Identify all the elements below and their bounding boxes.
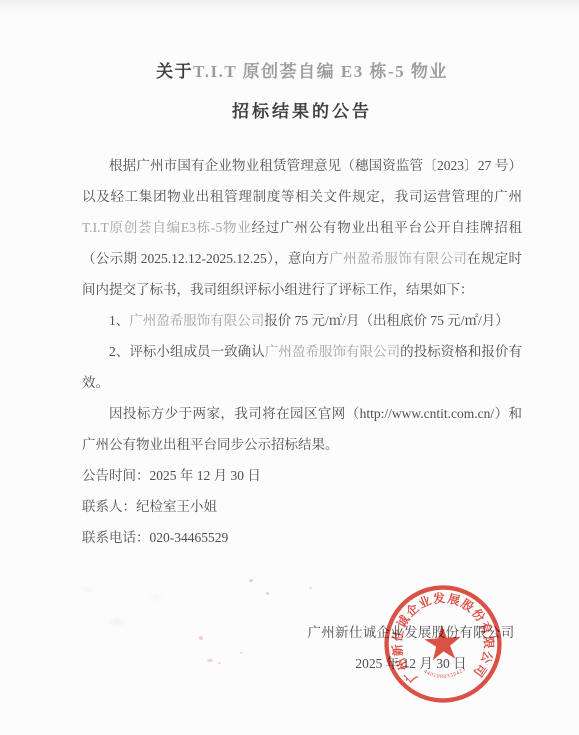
bidder-company-name: 广州盈希服饰有限公司 — [265, 344, 400, 359]
ink-speck — [249, 579, 253, 582]
pencil-smudge — [110, 620, 124, 624]
document-body: 根据广州市国有企业物业租赁管理意见（穗国资监管〔2023〕27 号）以及轻工集团… — [82, 150, 522, 553]
pencil-smudge — [150, 596, 162, 599]
ink-speck — [266, 592, 269, 595]
title-property-name: T.I.T 原创荟自编 E3 栋-5 物业 — [193, 62, 448, 81]
company-seal-stamp: 广州新仕诚企业发展股份有限公司 4401080338423 — [377, 578, 509, 710]
item-1-price-text: 报价 75 元/㎡/月（出租底价 75 元/㎡/月） — [264, 313, 509, 328]
paragraph-publicity: 因投标方少于两家，我司将在园区官网（http://www.cntit.com.c… — [82, 398, 522, 460]
announcement-document-page: 关于T.I.T 原创荟自编 E3 栋-5 物业 招标结果的公告 根据广州市国有企… — [0, 0, 579, 735]
seal-serial-number: 4401080338423 — [422, 666, 468, 682]
document-title: 关于T.I.T 原创荟自编 E3 栋-5 物业 招标结果的公告 — [82, 52, 522, 132]
result-item-2: 2、评标小组成员一致确认广州盈希服饰有限公司的投标资格和报价有效。 — [82, 336, 522, 398]
ink-speck — [309, 587, 312, 589]
pencil-smudge — [82, 588, 92, 591]
title-prefix: 关于 — [156, 62, 193, 81]
title-line-1: 关于T.I.T 原创荟自编 E3 栋-5 物业 — [82, 52, 522, 92]
announce-date-line: 公告时间：2025 年 12 月 30 日 — [82, 460, 522, 491]
result-item-1: 1、广州盈希服饰有限公司报价 75 元/㎡/月（出租底价 75 元/㎡/月） — [82, 305, 522, 336]
contact-person-line: 联系人：纪检室王小姐 — [82, 491, 522, 522]
ink-speck — [218, 662, 221, 664]
svg-text:4401080338423: 4401080338423 — [422, 666, 468, 682]
item-1-number: 1、 — [109, 313, 129, 328]
bidder-company-name: 广州盈希服饰有限公司 — [329, 251, 467, 266]
document-content: 关于T.I.T 原创荟自编 E3 栋-5 物业 招标结果的公告 根据广州市国有企… — [82, 0, 522, 553]
bidder-company-name: 广州盈希服饰有限公司 — [129, 313, 264, 328]
item-2-text: 2、评标小组成员一致确认 — [109, 344, 265, 359]
star-icon — [423, 624, 462, 661]
property-name-text: T.I.T原创荟自编E3栋-5物业 — [82, 220, 252, 235]
title-line-2: 招标结果的公告 — [82, 92, 522, 132]
ink-speck — [207, 659, 213, 662]
paragraph-basis-text: 根据广州市国有企业物业租赁管理意见（穗国资监管〔2023〕27 号）以及轻工集团… — [82, 158, 522, 204]
ink-speck — [240, 652, 243, 654]
ink-speck — [199, 636, 203, 640]
paragraph-basis: 根据广州市国有企业物业租赁管理意见（穗国资监管〔2023〕27 号）以及轻工集团… — [82, 150, 522, 305]
contact-phone-line: 联系电话：020-34465529 — [82, 522, 522, 553]
